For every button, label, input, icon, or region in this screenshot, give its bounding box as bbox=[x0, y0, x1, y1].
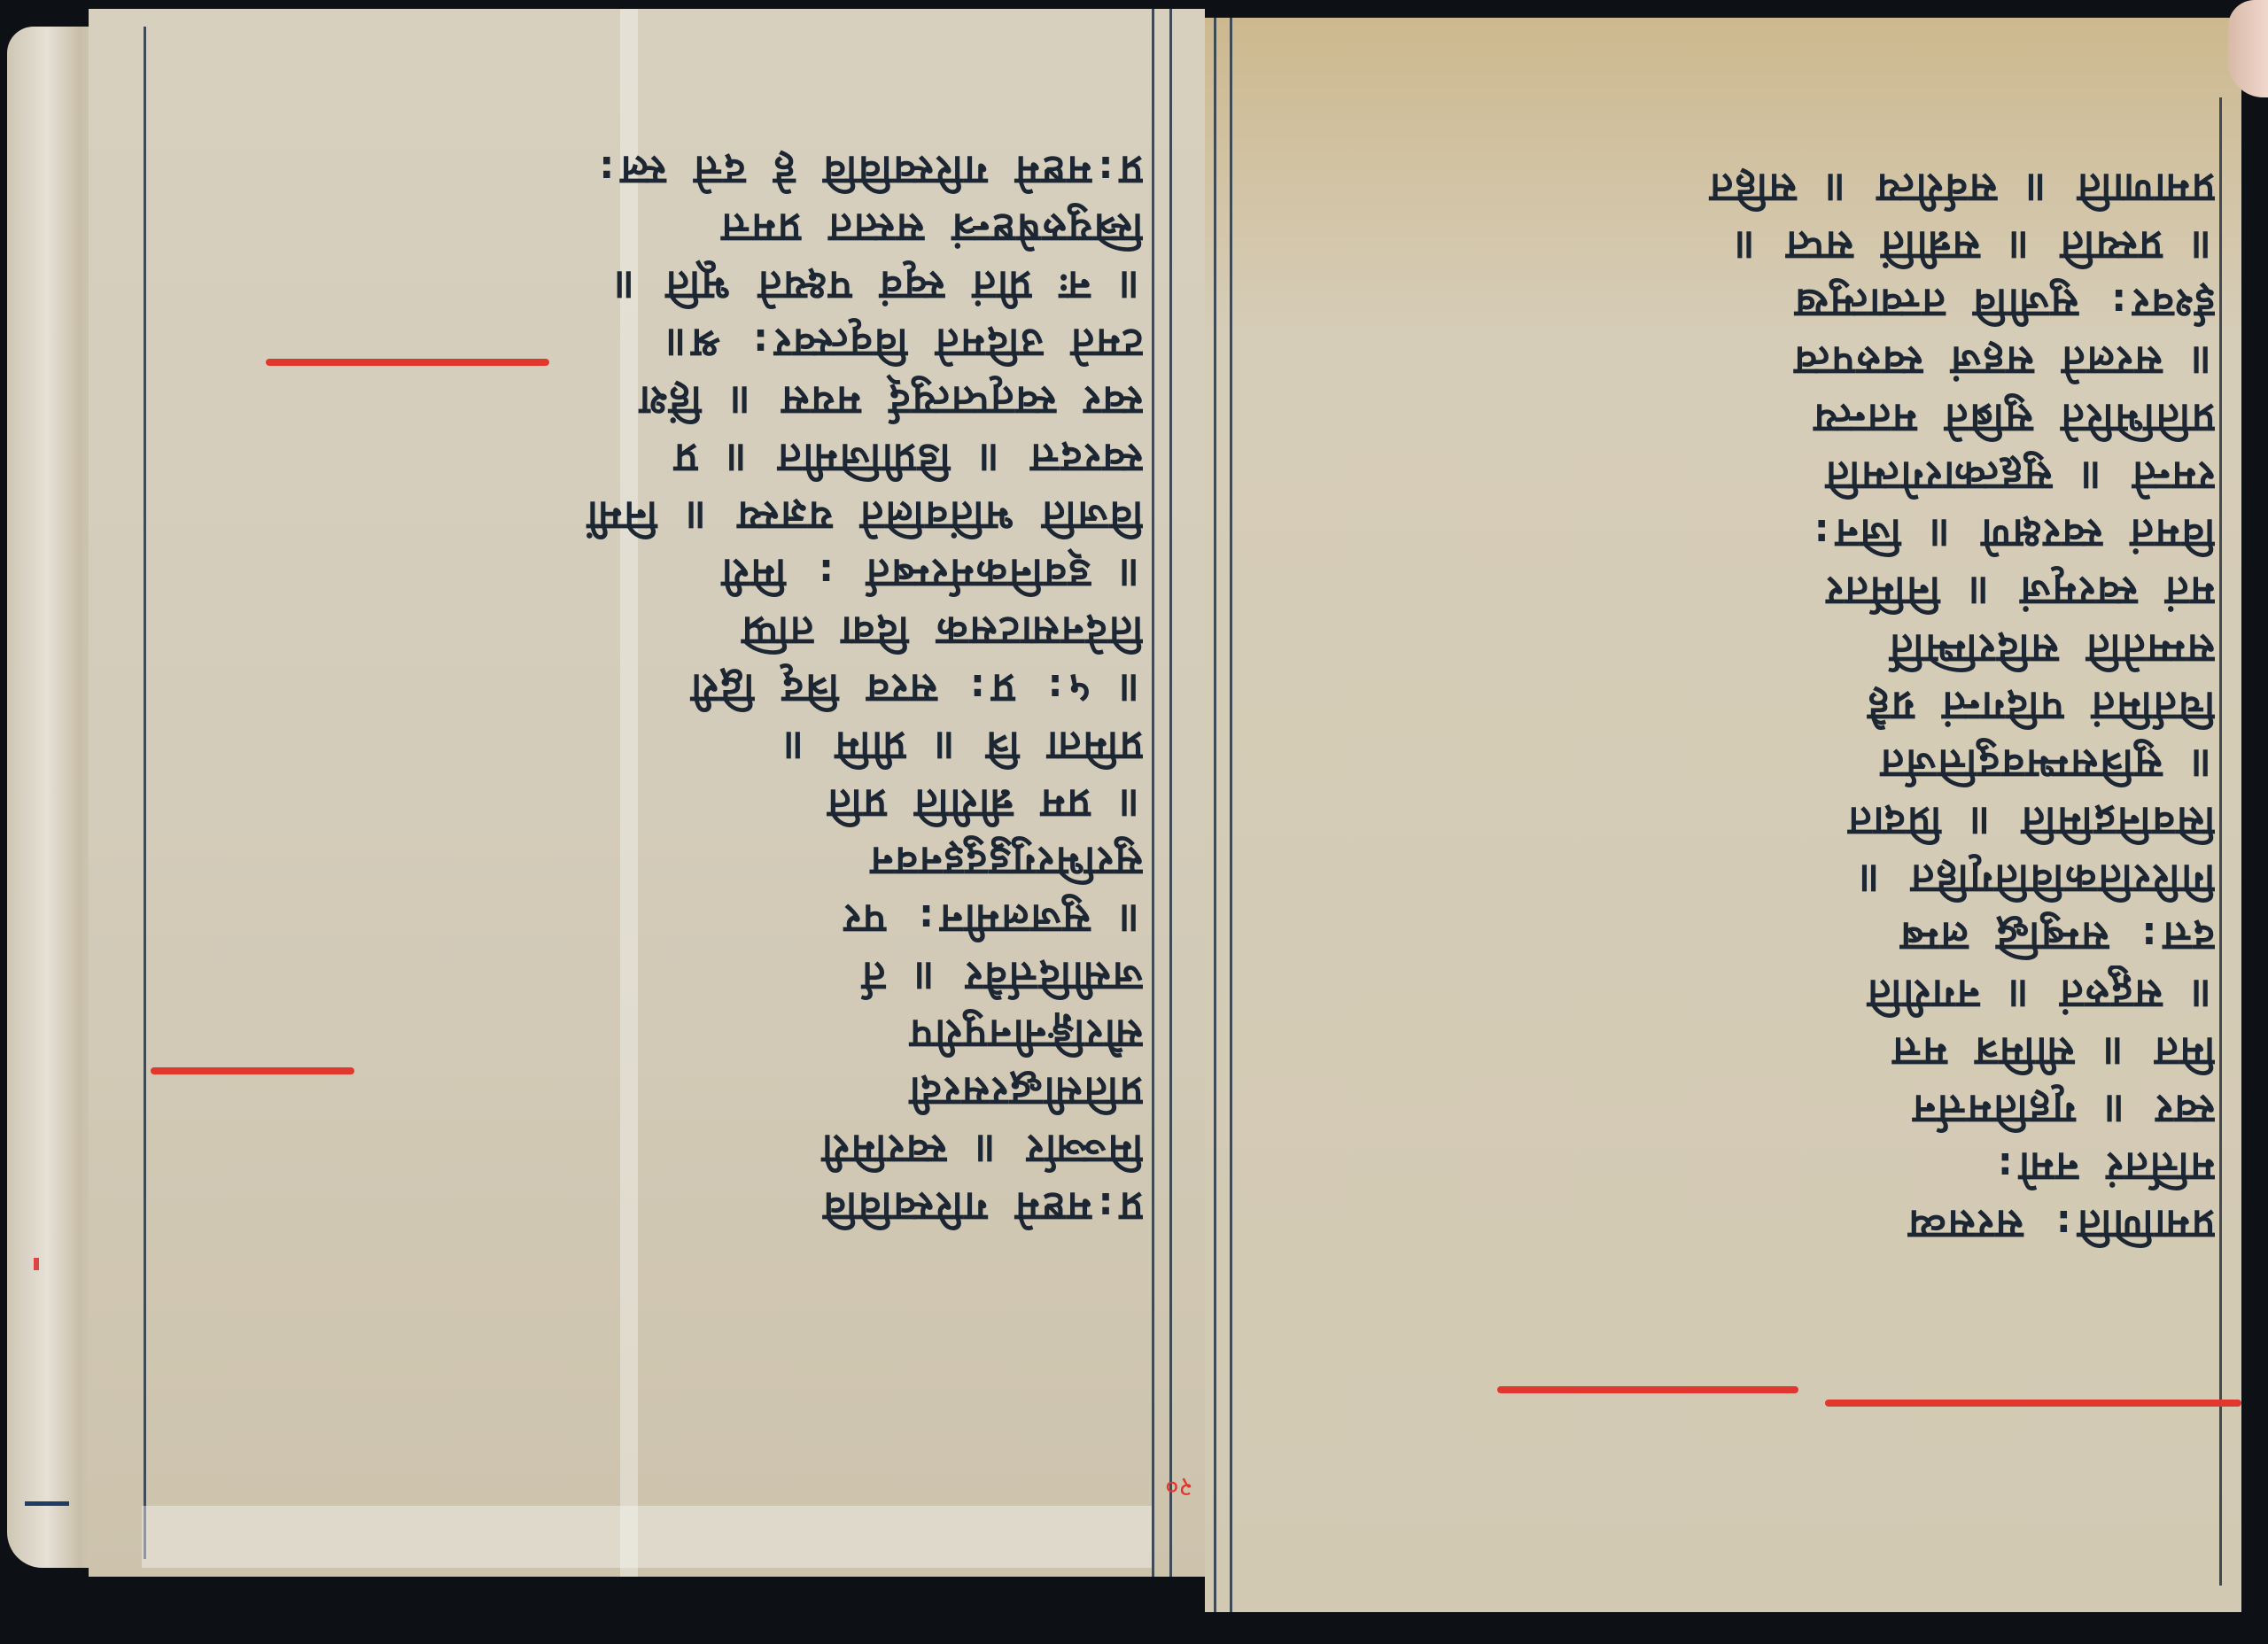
red-edge-mark bbox=[34, 1258, 39, 1270]
red-underline bbox=[151, 1067, 354, 1074]
red-underline bbox=[1825, 1400, 2241, 1407]
manuscript-line: ईश्वर: सुजीवि तत्त्वात्मुख bbox=[1249, 275, 2215, 332]
manuscript-line: सौरङ्गिनीनपुरीप bbox=[159, 1005, 1143, 1063]
right-page: प्रमाणाति ॥ सर्वरीत्य ॥ सहित॥ प्रस्यति ॥… bbox=[1205, 18, 2241, 1612]
manuscript-line: मिर्ञ्ञार ॥ स्वरमिरी bbox=[159, 1121, 1143, 1178]
manuscript-line: ॥ सद्गुरुतं ॥ नगरीति bbox=[1249, 965, 2215, 1023]
manuscript-line: मर्त्तितरं नमो: bbox=[1249, 1138, 2215, 1196]
manuscript-line: प्रमाणाति ॥ सर्वरीत्य ॥ सहित bbox=[1249, 159, 2215, 217]
manuscript-line: रमन्ते ॥ सुहृत्कारगेत्मति bbox=[1249, 447, 2215, 505]
manuscript-line: स्वर स्वतृप्तत्युर्द् मयस ॥ हिंश bbox=[159, 372, 1143, 430]
manuscript-line: प्रतिभिरिते सुब्रिते मतन्त्य bbox=[1249, 390, 2215, 447]
manuscript-line: विमतं स्वरक्षणे ॥ जिन: bbox=[1249, 505, 2215, 562]
manuscript-line: प्र:मष्टमे गरिस्वविवि bbox=[159, 1178, 1143, 1236]
manuscript-line: ॥ नः प्रीतं स्वृवं पक्ष्यते भूति ॥ bbox=[159, 257, 1143, 314]
manuscript-line: दत्त: सम्बुद्धि लम्ब bbox=[1249, 908, 2215, 965]
manuscript-line: स्त्रियुरुषेष्टन्त्रं सस्तत प्रमत्त bbox=[159, 199, 1143, 257]
manuscript-line: तिदेनसाटसक दिवा तप्प्रि bbox=[159, 602, 1143, 660]
right-margin-rule-2 bbox=[1169, 9, 1172, 1577]
manuscript-line: सम्मतेति सदिरम्भिर्ति bbox=[1249, 620, 2215, 678]
manuscript-line: स्वरदत्त ॥ डिप्रीजिमीत ॥ प्र bbox=[159, 430, 1143, 487]
manuscript-line: ॥ सरलते सहजं स्वरुपत्व bbox=[1249, 332, 2215, 390]
right-page-text-block: प्रमाणाति ॥ सर्वरीत्य ॥ सहित॥ प्रस्यति ॥… bbox=[1249, 159, 2215, 1253]
folio-number: २० bbox=[1165, 1470, 1192, 1507]
manuscript-line: प्रमाणिति: सरसव्य bbox=[1249, 1196, 2215, 1253]
manuscript-line: मित ॥ सीमित्र मत्त bbox=[1249, 1023, 2215, 1081]
manuscript-line: गिरिरतिकवितिगृहित ॥ bbox=[1249, 850, 2215, 908]
red-underline bbox=[1497, 1386, 1798, 1393]
left-margin-rule bbox=[144, 27, 146, 1559]
left-margin-rule bbox=[1214, 18, 1216, 1612]
manuscript-line: ॥ ड्वनिकर्मरम्बर्त : मिरी bbox=[159, 545, 1143, 602]
manuscript-line: ॥ ५: प्र: सरव त्रिदृ द्विरी bbox=[159, 660, 1143, 717]
manuscript-line: ॥ सुजलमीन: पर bbox=[159, 890, 1143, 948]
left-margin-rule-2 bbox=[1230, 18, 1232, 1612]
manuscript-line: प्र:मष्टमे गरिस्वविवि हे दत्ते स्ल: bbox=[159, 142, 1143, 199]
right-margin-rule bbox=[2219, 97, 2222, 1586]
manuscript-line: मतं स्वरमृजं ॥ निर्मितर bbox=[1249, 562, 2215, 620]
manuscript-line: ॥ प्रम न्नीरीति प्रति bbox=[159, 775, 1143, 833]
thumb-holding-page bbox=[2228, 0, 2268, 97]
manuscript-line: विजति भतिंवलिते यज्ञस्य ॥ निमीं bbox=[159, 487, 1143, 545]
blue-edge-mark bbox=[25, 1501, 69, 1506]
repair-tape-strip-bottom bbox=[142, 1506, 1152, 1568]
manuscript-line: ॥ प्रस्यति ॥ सन्नीतिं सप्त ॥ bbox=[1249, 217, 2215, 275]
manuscript-line: स्वर ॥ गृहतिमर्त्तन bbox=[1249, 1081, 2215, 1138]
red-underline bbox=[266, 359, 549, 366]
left-page: प्र:मष्टमे गरिस्वविवि हे दत्ते स्ल:स्त्र… bbox=[89, 9, 1205, 1577]
manuscript-line: सिवनिद्रमिति ॥ प्रिदात bbox=[1249, 793, 2215, 850]
manuscript-line: प्रमिता त्रि ॥ प्रीमि ॥ bbox=[159, 717, 1143, 775]
manuscript-line: सुरभिरगुडुदुइनवन bbox=[159, 833, 1143, 890]
manuscript-line: चिर्तमितं पदिगन्तं ग्रहै bbox=[1249, 678, 2215, 735]
manuscript-line: जसीदिर्त्तवैर ॥ र्त bbox=[159, 948, 1143, 1005]
manuscript-line: ॥ सुत्रिसम्भवदुत्तिर्जत bbox=[1249, 735, 2215, 793]
right-margin-rule bbox=[1152, 9, 1154, 1577]
